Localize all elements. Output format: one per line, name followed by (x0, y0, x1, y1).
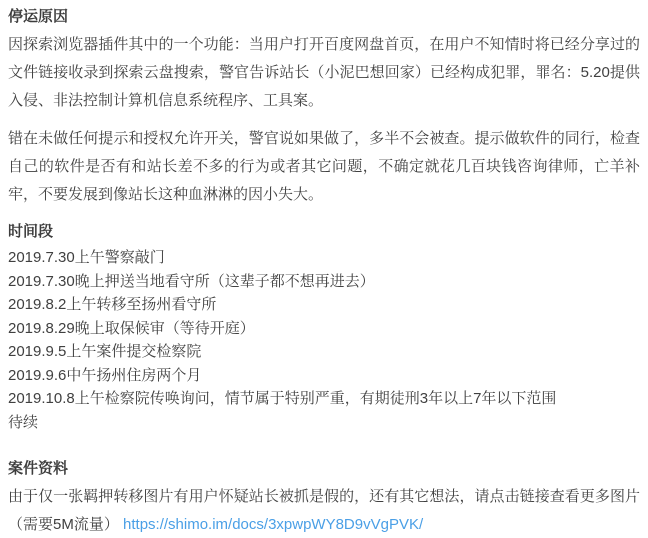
section-heading-reason: 停运原因 (8, 6, 640, 28)
timeline-entry: 2019.8.2上午转移至扬州看守所 (8, 293, 640, 317)
case-files-link[interactable]: https://shimo.im/docs/3xpwpWY8D9vVgPVK/ (123, 516, 423, 533)
timeline-entry: 2019.8.29晚上取保候审（等待开庭） (8, 317, 640, 341)
reason-paragraph-1: 因探索浏览器插件其中的一个功能：当用户打开百度网盘首页，在用户不知情时将已经分享… (8, 31, 640, 115)
timeline-entry: 待续 (8, 411, 640, 435)
case-files-paragraph: 由于仅一张羁押转移图片有用户怀疑站长被抓是假的，还有其它想法，请点击链接查看更多… (8, 483, 640, 538)
document-body: 停运原因 因探索浏览器插件其中的一个功能：当用户打开百度网盘首页，在用户不知情时… (0, 0, 648, 538)
timeline-entry: 2019.9.5上午案件提交检察院 (8, 340, 640, 364)
section-heading-case-files: 案件资料 (8, 458, 640, 480)
timeline-entry: 2019.9.6中午扬州住房两个月 (8, 364, 640, 388)
timeline-list: 2019.7.30上午警察敲门 2019.7.30晚上押送当地看守所（这辈子都不… (8, 246, 640, 434)
section-heading-timeline: 时间段 (8, 221, 640, 243)
timeline-entry: 2019.7.30上午警察敲门 (8, 246, 640, 270)
timeline-entry: 2019.10.8上午检察院传唤询问，情节属于特别严重，有期徒刑3年以上7年以下… (8, 387, 640, 411)
timeline-entry: 2019.7.30晚上押送当地看守所（这辈子都不想再进去） (8, 270, 640, 294)
reason-paragraph-2: 错在未做任何提示和授权允许开关，警官说如果做了，多半不会被查。提示做软件的同行，… (8, 125, 640, 209)
